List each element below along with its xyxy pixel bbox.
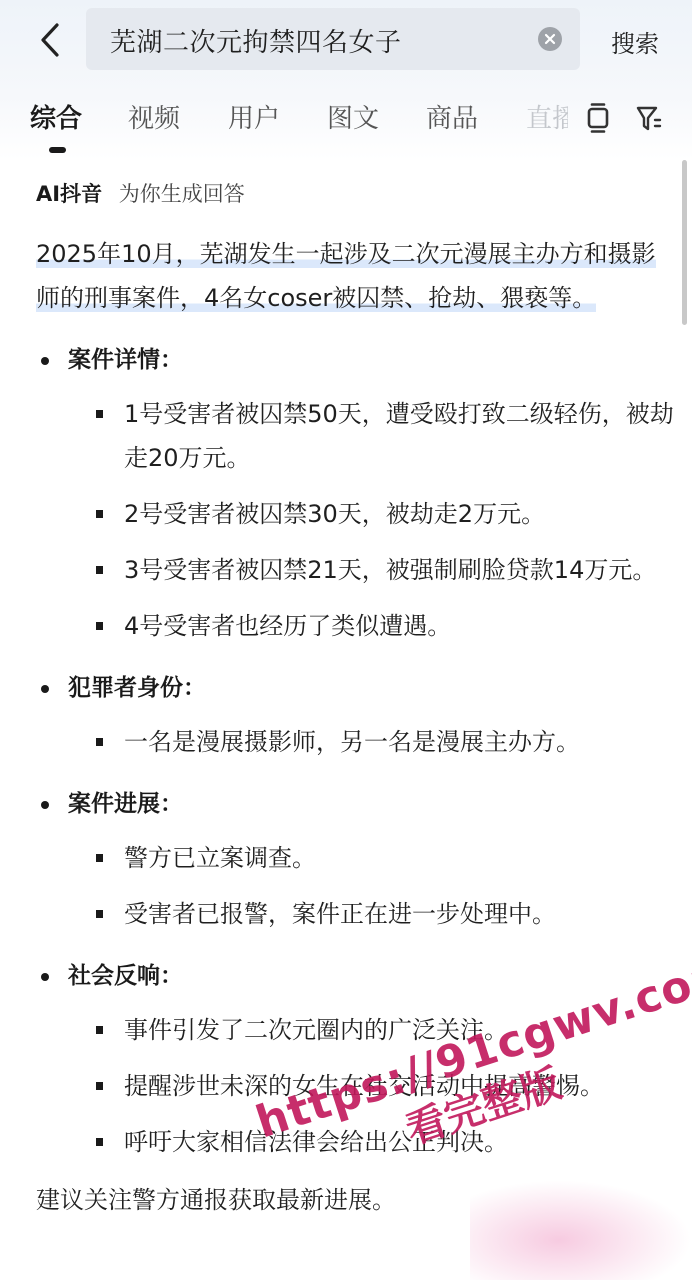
search-query-text: 芜湖二次元拘禁四名女子 xyxy=(110,22,402,59)
clear-circle-icon xyxy=(544,33,556,45)
list-item: 一名是漫展摄影师，另一名是漫展主办方。 xyxy=(36,720,676,764)
ai-subtitle: 为你生成回答 xyxy=(119,182,245,206)
filter-icon xyxy=(635,103,665,133)
list-item: 受害者已报警，案件正在进一步处理中。 xyxy=(36,892,676,936)
section-title: 案件进展： xyxy=(36,784,676,824)
tab-live[interactable]: 直播 xyxy=(526,98,568,135)
section-title: 犯罪者身份： xyxy=(36,668,676,708)
ai-answer-header: AI抖音 为你生成回答 xyxy=(36,178,676,218)
list-item: 4号受害者也经历了类似遭遇。 xyxy=(36,604,676,648)
section-case-details: 案件详情： 1号受害者被囚禁50天，遭受殴打致二级轻伤，被劫走20万元。 2号受… xyxy=(36,340,676,648)
search-input[interactable]: 芜湖二次元拘禁四名女子 xyxy=(86,8,580,70)
back-button[interactable] xyxy=(30,18,70,62)
search-button[interactable]: 搜索 xyxy=(611,24,659,59)
ai-brand-label: AI抖音 xyxy=(36,182,102,206)
tab-products[interactable]: 商品 xyxy=(426,98,478,135)
list-item: 3号受害者被囚禁21天，被强制刷脸贷款14万元。 xyxy=(36,548,676,592)
section-case-progress: 案件进展： 警方已立案调查。 受害者已报警，案件正在进一步处理中。 xyxy=(36,784,676,936)
tab-image-text[interactable]: 图文 xyxy=(327,98,379,135)
list-item: 警方已立案调查。 xyxy=(36,836,676,880)
section-title: 案件详情： xyxy=(36,340,676,380)
ai-summary-text: 2025年10月，芜湖发生一起涉及二次元漫展主办方和摄影师的刑事案件，4名女co… xyxy=(36,240,656,312)
active-tab-indicator xyxy=(49,147,66,153)
section-title: 社会反响： xyxy=(36,956,676,996)
filter-button[interactable] xyxy=(634,100,666,136)
tab-comprehensive[interactable]: 综合 xyxy=(30,98,82,135)
watermark-blob xyxy=(470,1180,692,1280)
tab-video[interactable]: 视频 xyxy=(128,98,180,135)
list-item: 1号受害者被囚禁50天，遭受殴打致二级轻伤，被劫走20万元。 xyxy=(36,392,676,480)
scrollbar[interactable] xyxy=(682,160,687,325)
section-offender-identity: 犯罪者身份： 一名是漫展摄影师，另一名是漫展主办方。 xyxy=(36,668,676,764)
chevron-left-icon xyxy=(39,22,61,58)
ai-summary: 2025年10月，芜湖发生一起涉及二次元漫展主办方和摄影师的刑事案件，4名女co… xyxy=(36,232,656,320)
watch-icon xyxy=(585,102,611,134)
watch-button[interactable] xyxy=(582,100,614,136)
clear-search-button[interactable] xyxy=(538,27,562,51)
tab-users[interactable]: 用户 xyxy=(228,98,280,135)
list-item: 2号受害者被囚禁30天，被劫走2万元。 xyxy=(36,492,676,536)
